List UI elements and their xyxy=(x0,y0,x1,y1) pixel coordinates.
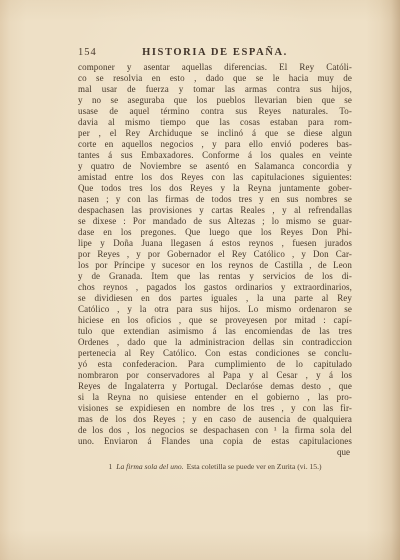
footnote-marker: 1 xyxy=(108,462,112,471)
running-title: HISTORIA DE ESPAÑA. xyxy=(78,47,352,58)
text-line: pertenecia al Rey Católico. Con estas co… xyxy=(78,348,352,359)
page-header: 154 HISTORIA DE ESPAÑA. xyxy=(78,47,352,60)
text-line: nasen ; y con las firmas de todos tres y… xyxy=(78,194,352,205)
text-line: Ordenes , dado que la administracion del… xyxy=(78,337,352,348)
text-line: chos reynos , pagados los gastos ordinar… xyxy=(78,282,352,293)
text-line: amistad entre los dos Reyes con las capi… xyxy=(78,172,352,183)
text-line: co se resolvia en esto , dado que se le … xyxy=(78,73,352,84)
text-line: per , el Rey Archiduque se inclinó á que… xyxy=(78,128,352,139)
text-line: los por Príncipe y sucesor en los reynos… xyxy=(78,260,352,271)
text-line: davia al mismo tiempo que las cosas esta… xyxy=(78,117,352,128)
text-line: usase de aquel término contra sus Reyes … xyxy=(78,106,352,117)
text-line: Reyes de Ingalaterra y Portugal. Declaró… xyxy=(78,381,352,392)
text-line: visiones se expidiesen en nombre de los … xyxy=(78,403,352,414)
text-line: de los dos , los negocios se despachasen… xyxy=(78,425,352,436)
text-line: y de Granada. Item que las rentas y serv… xyxy=(78,271,352,282)
text-line: tulo que extendian asimismo á las encomi… xyxy=(78,326,352,337)
text-line: nombraron por conservadores al Papa y al… xyxy=(78,370,352,381)
text-line: tantes á sus Embaxadores. Conforme á los… xyxy=(78,150,352,161)
text-line: corte en aquellos negocios , y para ello… xyxy=(78,139,352,150)
text-line: componer y asentar aquellas diferencias.… xyxy=(78,62,352,73)
text-line: uno. Enviaron á Flandes una copia de est… xyxy=(78,436,352,447)
footnote-italic-text: La firma sola del uno. xyxy=(116,462,183,471)
text-line: y quatro de Noviembre se asentó en Salam… xyxy=(78,161,352,172)
text-line: se dividiesen en dos partes iguales , la… xyxy=(78,293,352,304)
text-line: yó esta confederacion. Para cumplimiento… xyxy=(78,359,352,370)
text-line: se dixese : Por mandado de sus Altezas ;… xyxy=(78,216,352,227)
text-line: y no se aseguraba que los pueblos llevar… xyxy=(78,95,352,106)
text-line: Que todos tres los dos Reyes y la Reyna … xyxy=(78,183,352,194)
text-line: lipe y Doña Juana llegasen á estos reyno… xyxy=(78,238,352,249)
text-line: despachasen las provisiones y cartas Rea… xyxy=(78,205,352,216)
footnote: 1La firma sola del uno.Esta coletilla se… xyxy=(78,462,352,471)
text-line: mas de los dos Reyes ; y en caso de ause… xyxy=(78,414,352,425)
footnote-roman-text: Esta coletilla se puede ver en Zurita (v… xyxy=(187,462,322,471)
text-line: mal usar de fuerza y tomar las armas con… xyxy=(78,84,352,95)
body-text: componer y asentar aquellas diferencias.… xyxy=(78,62,352,458)
text-line: dase en los pregones. Que luego que los … xyxy=(78,227,352,238)
catchword: que xyxy=(78,447,352,458)
text-line: si la Reyna no quisiese entender en el g… xyxy=(78,392,352,403)
text-line: hiciese en los oficios , que se proveyes… xyxy=(78,315,352,326)
book-page-scan: 154 HISTORIA DE ESPAÑA. componer y asent… xyxy=(0,0,400,560)
text-line: por Reyes , y por Gobernador el Rey Cató… xyxy=(78,249,352,260)
text-line: Católico , y la otra para sus hijos. Lo … xyxy=(78,304,352,315)
